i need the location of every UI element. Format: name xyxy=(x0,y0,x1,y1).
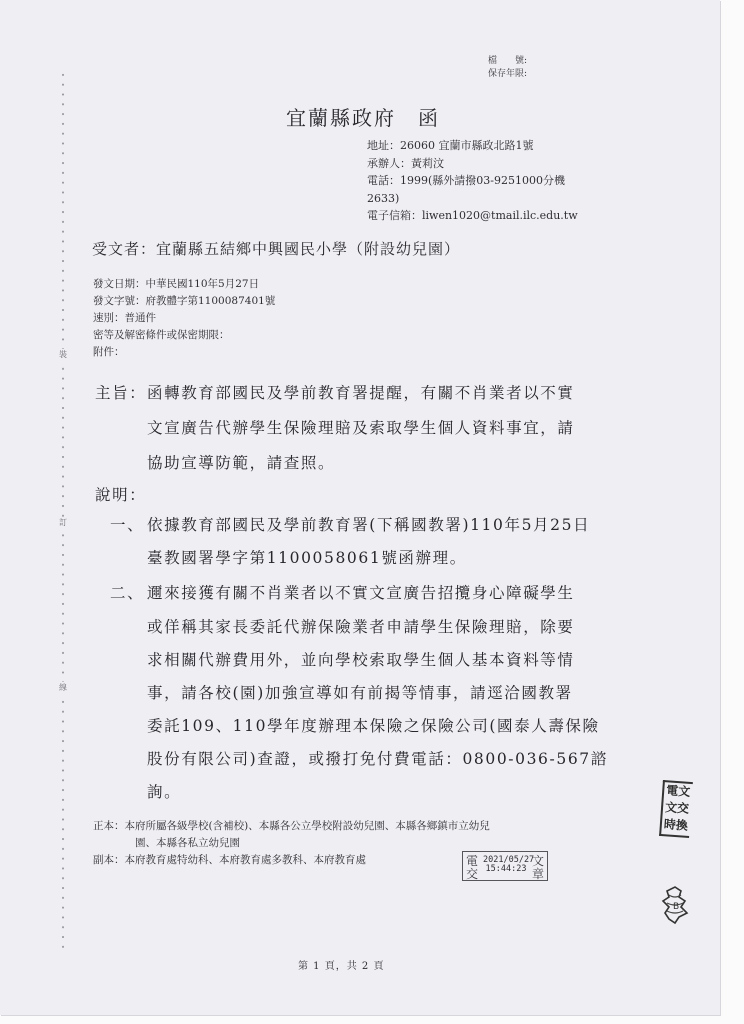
original-recipients: 正本：本府所屬各級學校(含補校)、本縣各公立學校附設幼兒園、本縣各鄉鎮市立幼兒 xyxy=(93,818,490,835)
stamp-timestamp: 2021/05/27 15:44:23 xyxy=(483,856,529,874)
binding-line xyxy=(60,70,66,955)
binding-label-ding: 訂 xyxy=(56,517,70,529)
description-label: 說明： xyxy=(95,483,146,505)
phone-extension: 2633) xyxy=(367,190,578,208)
phone: 電話：1999(縣外請撥03-9251000分機 xyxy=(367,172,578,190)
original-recipients-cont: 園、本縣各私立幼兒園 xyxy=(93,835,490,852)
binding-label-xian: 線 xyxy=(56,682,70,694)
handler: 承辦人：黃莉汶 xyxy=(367,155,578,173)
meta-block: 發文日期：中華民國110年5月27日 發文字號：府教體字第1100087401號… xyxy=(93,276,275,361)
page-number: 第 1 頁，共 2 頁 xyxy=(298,957,384,972)
description-line: 依據教育部國民及學前教育署(下稱國教署)110年5月25日 xyxy=(147,513,590,535)
security-level: 密等及解密條件或保密期限： xyxy=(93,327,275,344)
contact-block: 地址：26060 宜蘭市縣政北路1號 承辦人：黃莉汶 電話：1999(縣外請撥0… xyxy=(367,137,578,225)
description-line: 臺教國署學字第1100058061號函辦理。 xyxy=(147,546,467,568)
file-number-label: 檔 號: xyxy=(488,55,527,68)
description-line: 詢。 xyxy=(147,780,181,802)
item-marker: 二、 xyxy=(110,581,144,603)
delivery-speed: 速別：普通件 xyxy=(93,310,275,327)
item-marker: 一、 xyxy=(110,513,144,535)
description-line: 求相關代辦費用外，並向學校索取學生個人基本資料等情 xyxy=(147,648,575,670)
address: 地址：26060 宜蘭市縣政北路1號 xyxy=(367,137,578,155)
side-stamp: 電文文交時換 xyxy=(659,780,693,838)
subject-line: 協助宣導防範，請查照。 xyxy=(147,451,335,473)
attachments: 附件： xyxy=(93,344,275,361)
recipient: 受文者：宜蘭縣五結鄉中興國民小學（附設幼兒園） xyxy=(92,238,460,259)
email: 電子信箱：liwen1020@tmail.ilc.edu.tw xyxy=(367,207,578,225)
subject-line: 文宣廣告代辦學生保險理賠及索取學生個人資料事宜，請 xyxy=(147,416,575,438)
description-line: 股份有限公司)查證，或撥打免付費電話：0800-036-567諮 xyxy=(147,747,608,769)
svg-text:B: B xyxy=(673,902,679,912)
stamp-char: 章 xyxy=(532,865,544,882)
seal-mark-icon: B xyxy=(661,885,689,925)
subject-label: 主旨： xyxy=(95,381,146,403)
description-line: 委託109、110學年度辦理本保險之保險公司(國泰人壽保險 xyxy=(147,714,600,736)
exchange-stamp: 電 交 文 章 2021/05/27 15:44:23 xyxy=(462,851,548,881)
issue-number: 發文字號：府教體字第1100087401號 xyxy=(93,293,275,310)
binding-label-zhuang: 裝 xyxy=(56,349,70,361)
stamp-char: 交 xyxy=(466,865,478,882)
description-line: 邇來接獲有關不肖業者以不實文宣廣告招攬身心障礙學生 xyxy=(147,581,575,603)
distribution-block: 正本：本府所屬各級學校(含補校)、本縣各公立學校附設幼兒園、本縣各鄉鎮市立幼兒 … xyxy=(93,818,490,869)
description-line: 事，請各校(園)加強宣導如有前揭等情事，請逕洽國教署 xyxy=(147,681,573,703)
retention-period-label: 保存年限: xyxy=(488,68,527,81)
description-line: 或佯稱其家長委託代辦保險業者申請學生保險理賠，除要 xyxy=(147,615,575,637)
subject-line: 函轉教育部國民及學前教育署提醒，有關不肖業者以不實 xyxy=(147,381,575,403)
document-title: 宜蘭縣政府 函 xyxy=(286,102,440,131)
stamp-time: 15:44:23 xyxy=(483,865,529,874)
issue-date: 發文日期：中華民國110年5月27日 xyxy=(93,276,275,293)
copy-recipients: 副本：本府教育處特幼科、本府教育處多教科、本府教育處 xyxy=(93,852,490,869)
archive-info: 檔 號: 保存年限: xyxy=(488,55,527,81)
document-page: 裝 訂 線 檔 號: 保存年限: 宜蘭縣政府 函 地址：26060 宜蘭市縣政北… xyxy=(0,0,720,1015)
